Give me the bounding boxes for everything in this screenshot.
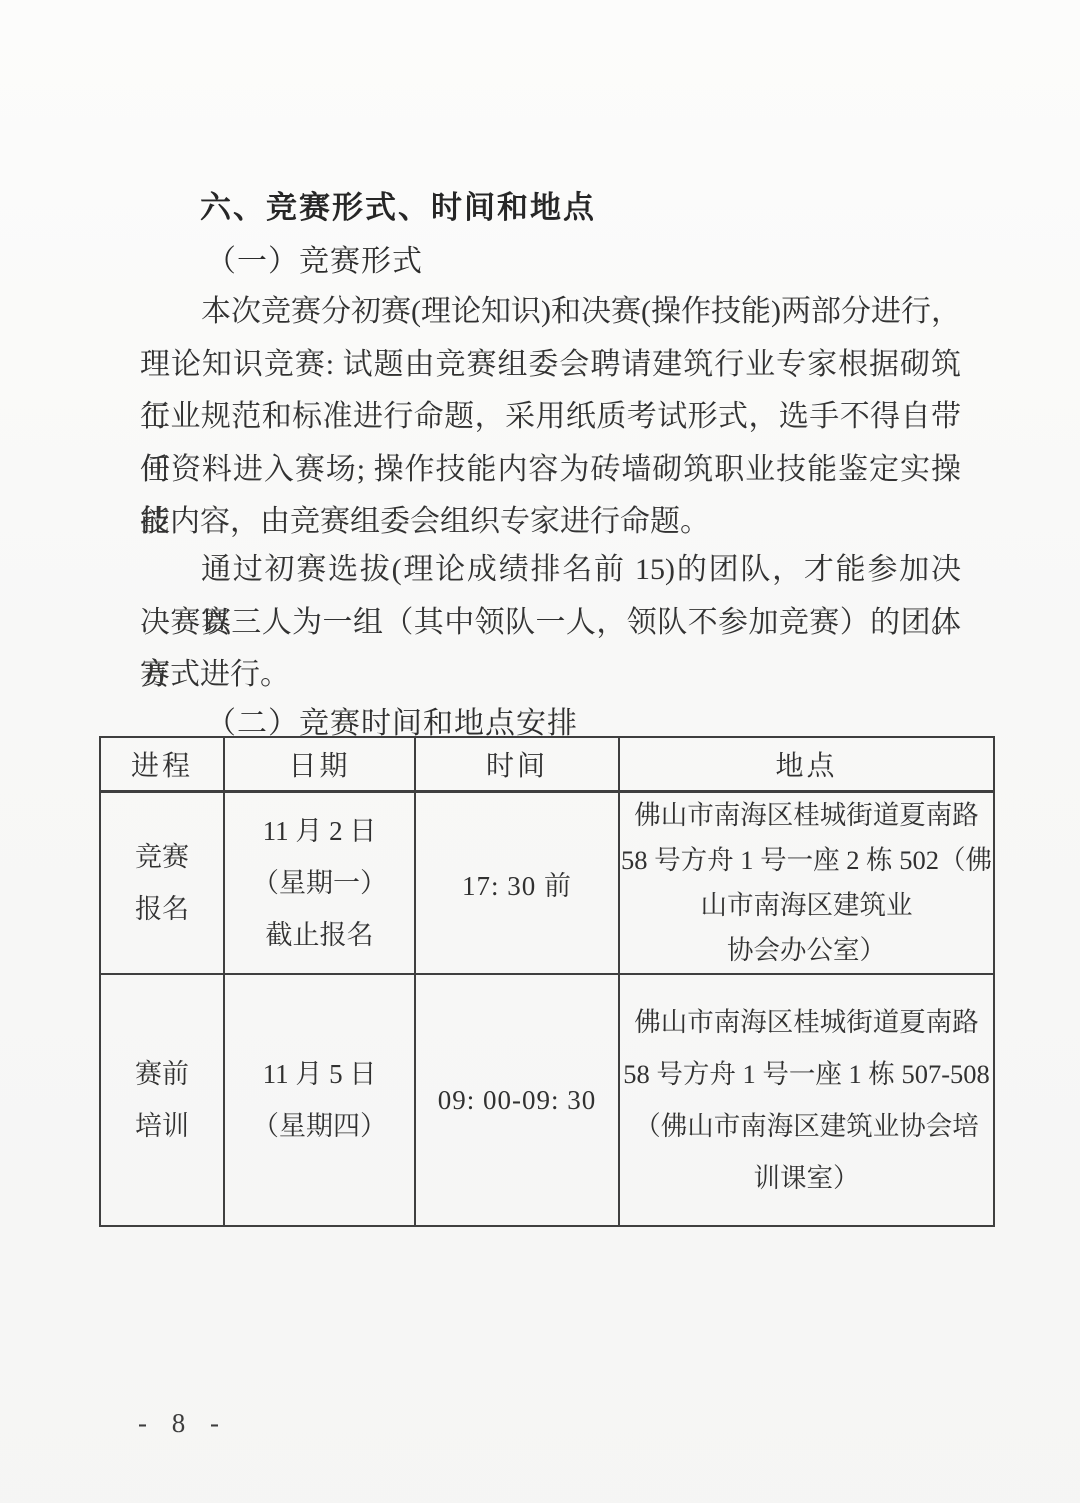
cell-line: 截止报名 xyxy=(225,909,414,961)
document-page: 六、竞赛形式、时间和地点 （一）竞赛形式 本次竞赛分初赛(理论知识)和决赛(操作… xyxy=(0,0,1080,1503)
cell-time: 09: 00-09: 30 xyxy=(415,974,619,1226)
cell-line: 佛山市南海区桂城街道夏南路 xyxy=(620,996,993,1048)
paragraph-line: 方式进行。 xyxy=(140,649,961,702)
paragraph-competition-format: 本次竞赛分初赛(理论知识)和决赛(操作技能)两部分进行， 理论知识竞赛: 试题由… xyxy=(140,286,961,549)
cell-line: 佛山市南海区桂城街道夏南路 xyxy=(620,793,993,838)
cell-line: 山市南海区建筑业 xyxy=(620,883,993,928)
cell-line: 11 月 2 日 xyxy=(225,805,414,857)
cell-line: 赛前 xyxy=(101,1048,223,1100)
column-header-time: 时间 xyxy=(415,737,619,792)
cell-line: 58 号方舟 1 号一座 2 栋 502（佛 xyxy=(620,838,993,883)
table-row-registration: 竞赛 报名 11 月 2 日 （星期一） 截止报名 17: 30 前 佛山市南海… xyxy=(100,792,994,975)
cell-time: 17: 30 前 xyxy=(415,792,619,975)
paragraph-line: 行业规范和标准进行命题，采用纸质考试形式，选手不得自带任 xyxy=(140,391,961,444)
subsection-heading-competition-format: （一）竞赛形式 xyxy=(206,236,423,280)
cell-line: 竞赛 xyxy=(101,831,223,883)
cell-line: （星期四） xyxy=(225,1100,414,1152)
paragraph-line: 何资料进入赛场; 操作技能内容为砖墙砌筑职业技能鉴定实操技 xyxy=(140,444,961,497)
cell-line: 培训 xyxy=(101,1100,223,1152)
paragraph-line: 能内容，由竞赛组委会组织专家进行命题。 xyxy=(140,496,961,549)
cell-date: 11 月 2 日 （星期一） 截止报名 xyxy=(224,792,415,975)
paragraph-final-selection: 通过初赛选拔(理论成绩排名前 15)的团队，才能参加决赛。 决赛以三人为一组（其… xyxy=(140,544,961,702)
cell-line: 报名 xyxy=(101,883,223,935)
cell-line: （星期一） xyxy=(225,857,414,909)
cell-line: （佛山市南海区建筑业协会培 xyxy=(620,1100,993,1152)
paragraph-line: 通过初赛选拔(理论成绩排名前 15)的团队，才能参加决赛。 xyxy=(140,544,961,597)
schedule-table: 进程 日期 时间 地点 竞赛 报名 11 月 2 日 （星期一） 截止报名 17… xyxy=(99,736,995,1227)
section-heading: 六、竞赛形式、时间和地点 xyxy=(200,182,596,227)
column-header-location: 地点 xyxy=(619,737,994,792)
table-header-row: 进程 日期 时间 地点 xyxy=(100,737,994,792)
cell-process: 赛前 培训 xyxy=(100,974,224,1226)
column-header-process: 进程 xyxy=(100,737,224,792)
cell-line: 11 月 5 日 xyxy=(225,1048,414,1100)
paragraph-line: 本次竞赛分初赛(理论知识)和决赛(操作技能)两部分进行， xyxy=(140,286,961,339)
cell-location: 佛山市南海区桂城街道夏南路 58 号方舟 1 号一座 2 栋 502（佛 山市南… xyxy=(619,792,994,975)
column-header-date: 日期 xyxy=(224,737,415,792)
cell-date: 11 月 5 日 （星期四） xyxy=(224,974,415,1226)
cell-location: 佛山市南海区桂城街道夏南路 58 号方舟 1 号一座 1 栋 507-508 （… xyxy=(619,974,994,1226)
paragraph-line: 理论知识竞赛: 试题由竞赛组委会聘请建筑行业专家根据砌筑工 xyxy=(140,339,961,392)
cell-line: 协会办公室） xyxy=(620,928,993,973)
paragraph-line: 决赛以三人为一组（其中领队一人，领队不参加竞赛）的团体赛 xyxy=(140,597,961,650)
table-row-pre-training: 赛前 培训 11 月 5 日 （星期四） 09: 00-09: 30 佛山市南海… xyxy=(100,974,994,1226)
cell-line: 训课室） xyxy=(620,1152,993,1204)
page-number: - 8 - xyxy=(138,1408,228,1439)
cell-process: 竞赛 报名 xyxy=(100,792,224,975)
cell-line: 58 号方舟 1 号一座 1 栋 507-508 xyxy=(620,1048,993,1100)
